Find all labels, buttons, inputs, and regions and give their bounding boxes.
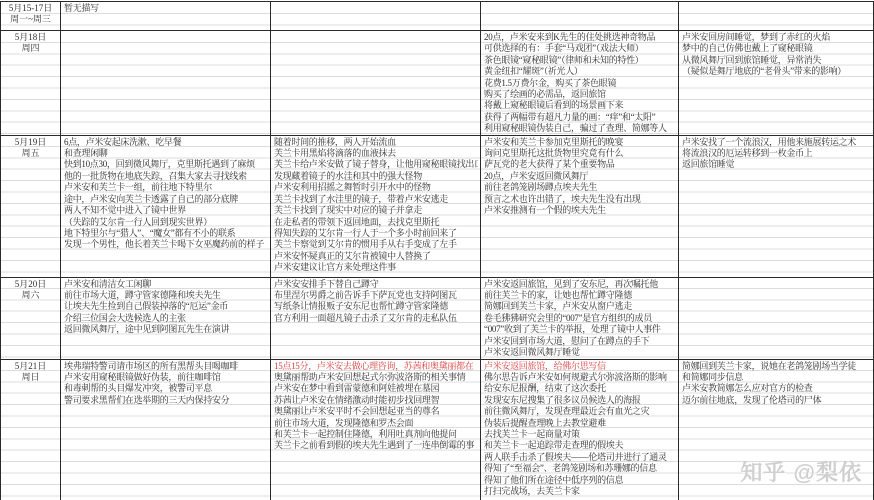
event-line: 获得了两幅带有超凡力量的画：“痒”和“太阳” xyxy=(484,112,676,123)
events-cell: 埃弗瑞特警司请市场区的所有黑帮头目喝咖啡卢米安用窥秘眼镜做好伪装，前往咖啡馆和毒… xyxy=(61,359,271,500)
event-line: 卢米安安排手下替自己蹲守 xyxy=(274,279,478,290)
table-row: 5月20日周六卢米安和清洁女工闲聊前往市场大道，蹲守管家德隆和埃夫先生让埃夫先生… xyxy=(1,277,874,359)
event-line: 卢米安返回微风舞厅睡觉 xyxy=(484,347,676,358)
event-line: 20点，卢米安来到K先生的住处挑选神奇物品 xyxy=(484,32,676,43)
event-line: 前往微风舞厅，发现查理最近会有血光之灾 xyxy=(484,406,676,417)
event-line: 前往市场大道，发现隆德和罗杰会面 xyxy=(274,418,478,429)
event-line: 15点15分，卢米安去做心理咨询，苏茜和奥黛丽都在 xyxy=(274,361,478,372)
event-line: 卢米安找了一个流浪汉，用他来施展转运之术 xyxy=(682,137,871,148)
table-body: 5月15-17日周一~周三暂无描写5月18日周四20点，卢米安来到K先生的住处挑… xyxy=(1,2,874,500)
event-line: 简娜回到芙兰卡家，说她在老鸽笼剧场当学徒 xyxy=(682,361,871,372)
event-line: 发现藏着镜子的水洼和其中的强大怪物 xyxy=(274,171,478,182)
event-line: 布里涅尔男爵之前告诉手下萨瓦党也支持阿图瓦 xyxy=(274,290,478,301)
event-line: 去找芙兰卡一起商量对策 xyxy=(484,429,676,440)
event-line: 茶色眼镜“窥秘眼镜”（律师和未知的特性） xyxy=(484,55,676,66)
date-label: 5月20日 xyxy=(2,279,59,290)
event-line: 简娜回到芙兰卡家，卢米安从窗户逃走 xyxy=(484,301,676,312)
event-line: 将流浪汉的厄运转移到一枚金币上 xyxy=(682,148,871,159)
event-line: 和简娜同步信息 xyxy=(682,372,871,383)
event-line: 发现安东尼搜集了很多议员候选人的海报 xyxy=(484,395,676,406)
event-line: 警司要求黑帮们在选举期的三天内保持安分 xyxy=(64,395,268,406)
event-line: 两人不知不觉中进入了镜中世界 xyxy=(64,205,268,216)
event-line: 发现一个男性，他长着芙兰卡喝下女巫魔药前的样子 xyxy=(64,239,268,250)
event-line: 购买了绘画的必需品，返回旅馆 xyxy=(484,89,676,100)
event-line: 预言之术也许出错了，埃夫先生没有出现 xyxy=(484,194,676,205)
events-cell: 卢米安找了一个流浪汉，用他来施展转运之术将流浪汉的厄运转移到一枚金币上返回旅馆睡… xyxy=(679,135,874,277)
event-line: 佛尔思告诉卢米安如何规避式尔弥波洛斯的影响 xyxy=(484,372,676,383)
events-cell: 卢米安回房间睡觉，梦到了赤红的火焰梦中的自己仿佛也戴上了窥秘眼镜从微风舞厅回到旅… xyxy=(679,31,874,136)
event-line: 卢米安怀疑真正的艾尔肯被镜中人替换了 xyxy=(274,251,478,262)
event-line: 芙兰卡给卢米安做了镜子替身，让他用窥秘眼镜找出口 xyxy=(274,159,478,170)
event-line: 卢米安回房间睡觉，梦到了赤红的火焰 xyxy=(682,32,871,43)
event-line: 和查理闲聊 xyxy=(64,148,268,159)
event-line: 卢米安在梦中看到雷蒙德和阿娃被埋在墓园 xyxy=(274,383,478,394)
event-line: 埃弗瑞特警司请市场区的所有黑帮头目喝咖啡 xyxy=(64,361,268,372)
event-line: 他的一批货物在地底失踪，召集大家去寻找线索 xyxy=(64,171,268,182)
event-line: 卢米安建议让官方来处理这件事 xyxy=(274,262,478,273)
event-line: 暂无描写 xyxy=(64,3,268,14)
date-cell: 5月19日周五 xyxy=(1,135,61,277)
events-cell xyxy=(271,31,481,136)
event-line: 卢米安返回旅馆，给佛尔思写信 xyxy=(484,361,676,372)
event-line: 梦中的自己仿佛也戴上了窥秘眼镜 xyxy=(682,43,871,54)
event-line: 6点，卢米安起床洗漱、吃早餐 xyxy=(64,137,268,148)
event-line: 前往老鸽笼剧场蹲点埃夫先生 xyxy=(484,182,676,193)
event-line: 芙兰卡找到了水洼里的镜子，带着卢米安逃走 xyxy=(274,194,478,205)
event-line: 20点，卢米安返回微风舞厅 xyxy=(484,171,676,182)
events-cell: 20点，卢米安来到K先生的住处挑选神奇物品可供选择的有：手套“马戏团”（戏法大师… xyxy=(481,31,679,136)
event-line: 芙兰卡察觉到艾尔肯的惯用手从右手变成了左手 xyxy=(274,239,478,250)
event-line: 两人联手击杀了假埃夫——伦塔司并进行了通灵 xyxy=(484,452,676,463)
event-line: 让埃夫先生捡到自己假装掉落的“厄运”金币 xyxy=(64,301,268,312)
weekday-label: 周一~周三 xyxy=(2,14,59,25)
event-line: 花费1.5万费尔金，购买了茶色眼镜 xyxy=(484,78,676,89)
event-line: 卢米安和芙兰卡参加克里斯托的晚宴 xyxy=(484,137,676,148)
event-line: 在走私者的带领下返回地面，去找克里斯托 xyxy=(274,217,478,228)
date-label: 5月21日 xyxy=(2,361,59,372)
event-line: 苏茜让卢米安在情绪激动时能初步找回理智 xyxy=(274,395,478,406)
event-line: 卢米安利用招摇之舞暂时引开水中的怪物 xyxy=(274,182,478,193)
event-line: 地下特里尔与“猎人”、“魔女”都有不小的联系 xyxy=(64,228,268,239)
event-line: 卢米安返回旅馆，见到了安东尼，再次嘱托他 xyxy=(484,279,676,290)
event-line: 介绍三位国会大选候选人的主张 xyxy=(64,313,268,324)
event-line: 卢米安推测有一个假的埃夫先生 xyxy=(484,205,676,216)
events-cell xyxy=(61,31,271,136)
event-line: 卢米安和芙兰卡一组，前往地下特里尔 xyxy=(64,182,268,193)
date-cell: 5月20日周六 xyxy=(1,277,61,359)
zhihu-watermark: 知乎 @梨依 xyxy=(740,456,862,487)
events-cell xyxy=(679,277,874,359)
event-line: 和毒刺帮的头目爆发冲突，被警司平息 xyxy=(64,383,268,394)
event-line: 奥黛丽让卢米安平时不会回想起亚当的尊名 xyxy=(274,406,478,417)
event-line: 得知了“至福会”、老鸽笼剧场和苏珊娜的信息 xyxy=(484,463,676,474)
event-line: 卷毛狒狒研究会里的“007”是官方组织的成员 xyxy=(484,313,676,324)
events-cell: 卢米安安排手下替自己蹲守布里涅尔男爵之前告诉手下萨瓦党也支持阿图瓦写纸条让情报贩… xyxy=(271,277,481,359)
event-line: 将戴上窥秘眼镜后看到的场景画下来 xyxy=(484,100,676,111)
event-line: 得知失踪的艾尔肯一行人于一个多小时前回来了 xyxy=(274,228,478,239)
events-cell: 暂无描写 xyxy=(61,2,271,31)
event-line: （疑似是舞厅地底的“老骨头”带来的影响） xyxy=(682,66,871,77)
events-cell xyxy=(271,2,481,31)
events-cell: 卢米安和芙兰卡参加克里斯托的晚宴询问克里斯托这批货物里究竟有什么萨瓦党的老大获得… xyxy=(481,135,679,277)
event-line: 返回旅馆睡觉 xyxy=(682,159,871,170)
table-row: 5月15-17日周一~周三暂无描写 xyxy=(1,2,874,31)
date-label: 5月18日 xyxy=(2,32,59,43)
event-line: 可供选择的有：手套“马戏团”（戏法大师） xyxy=(484,43,676,54)
event-line: “007”收到了芙兰卡的举报，处理了镜中人事件 xyxy=(484,324,676,335)
table-row: 5月19日周五6点，卢米安起床洗漱、吃早餐和查理闲聊快到10点30，回到微风舞厅… xyxy=(1,135,874,277)
event-line: 从微风舞厅回到旅馆睡觉，异常消失 xyxy=(682,55,871,66)
weekday-label: 周六 xyxy=(2,290,59,301)
date-cell: 5月18日周四 xyxy=(1,31,61,136)
event-line: 奥黛丽帮助卢米安回想起式尔弥波洛斯的相关事情 xyxy=(274,372,478,383)
events-cell: 卢米安和清洁女工闲聊前往市场大道，蹲守管家德隆和埃夫先生让埃夫先生捡到自己假装掉… xyxy=(61,277,271,359)
weekday-label: 周日 xyxy=(2,372,59,383)
event-line: 卢米安用窥秘眼镜做好伪装，前往咖啡馆 xyxy=(64,372,268,383)
event-line: 途中，卢米安向芙兰卡透露了自己的部分底牌 xyxy=(64,194,268,205)
event-line: 给安东尼报酬，结束了这次委托 xyxy=(484,383,676,394)
event-line: 利用窥秘眼镜伪装自己，骗过了查理、简娜等人 xyxy=(484,123,676,134)
date-cell: 5月21日周日 xyxy=(1,359,61,500)
event-line: 返回微风舞厅，途中见到阿图瓦先生在演讲 xyxy=(64,324,268,335)
event-line: 快到10点30，回到微风舞厅，克里斯托遇到了麻烦 xyxy=(64,159,268,170)
event-line: 和芙兰卡一起控制住隆德，利用吐真剂向他提问 xyxy=(274,429,478,440)
event-line: 官方利用一面超凡镜子击杀了艾尔肯的走私队伍 xyxy=(274,313,478,324)
event-line: 卢米安和清洁女工闲聊 xyxy=(64,279,268,290)
events-cell: 随着时间的推移，两人开始流血芙兰卡用黑焰将滴落的血液抹去芙兰卡给卢米安做了镜子替… xyxy=(271,135,481,277)
weekday-label: 周五 xyxy=(2,148,59,159)
event-line: 得知了他们所在途径中低序列的信息 xyxy=(484,475,676,486)
event-line: 萨瓦党的老大获得了某个重要物品 xyxy=(484,159,676,170)
events-cell: 15点15分，卢米安去做心理咨询，苏茜和奥黛丽都在奥黛丽帮助卢米安回想起式尔弥波… xyxy=(271,359,481,500)
events-cell: 6点，卢米安起床洗漱、吃早餐和查理闲聊快到10点30，回到微风舞厅，克里斯托遇到… xyxy=(61,135,271,277)
event-line: 伪装后提醒查理晚上去教堂避难 xyxy=(484,418,676,429)
event-line: 前往市场大道，蹲守管家德隆和埃夫先生 xyxy=(64,290,268,301)
event-line: 随着时间的推移，两人开始流血 xyxy=(274,137,478,148)
event-line: 黄金纽扣“耀斑”（祈光人） xyxy=(484,66,676,77)
table-row: 5月18日周四20点，卢米安来到K先生的住处挑选神奇物品可供选择的有：手套“马戏… xyxy=(1,31,874,136)
date-cell: 5月15-17日周一~周三 xyxy=(1,2,61,31)
event-line: 芙兰卡用黑焰将滴落的血液抹去 xyxy=(274,148,478,159)
date-label: 5月19日 xyxy=(2,137,59,148)
event-line: 打扫完战场，去芙兰卡家 xyxy=(484,486,676,497)
event-line: 和芙兰卡一起追踪带走查理的假埃夫 xyxy=(484,440,676,451)
date-label: 5月15-17日 xyxy=(2,3,59,14)
event-line: 卢米安回到市场大道，慰问了在蹲点的手下 xyxy=(484,336,676,347)
event-line: 写纸条让情报贩子安东尼也帮忙蹲守管家隆德 xyxy=(274,301,478,312)
events-cell: 卢米安返回旅馆，见到了安东尼，再次嘱托他前往芙兰卡的家，让她也帮忙蹲守隆德简娜回… xyxy=(481,277,679,359)
weekday-label: 周四 xyxy=(2,43,59,54)
events-cell xyxy=(679,2,874,31)
weekly-timeline-table: 5月15-17日周一~周三暂无描写5月18日周四20点，卢米安来到K先生的住处挑… xyxy=(0,1,874,500)
event-line: 前往芙兰卡的家，让她也帮忙蹲守隆德 xyxy=(484,290,676,301)
event-line: 卢米安教简娜怎么应对官方的检查 xyxy=(682,383,871,394)
event-line: 芙兰卡找到了现实中对应的镜子并拿走 xyxy=(274,205,478,216)
events-cell: 卢米安返回旅馆，给佛尔思写信佛尔思告诉卢米安如何规避式尔弥波洛斯的影响给安东尼报… xyxy=(481,359,679,500)
weekly-timeline-screenshot: 5月15-17日周一~周三暂无描写5月18日周四20点，卢米安来到K先生的住处挑… xyxy=(0,0,874,500)
event-line: 询问克里斯托这批货物里究竟有什么 xyxy=(484,148,676,159)
event-line: 芙兰卡之前看到假的埃夫先生遇到了一连串倒霉的事 xyxy=(274,440,478,451)
event-line: （失踪的艾尔肯一行人回到现实世界） xyxy=(64,217,268,228)
events-cell xyxy=(481,2,679,31)
event-line: 迈尔前往地底，发现了伦塔司的尸体 xyxy=(682,395,871,406)
